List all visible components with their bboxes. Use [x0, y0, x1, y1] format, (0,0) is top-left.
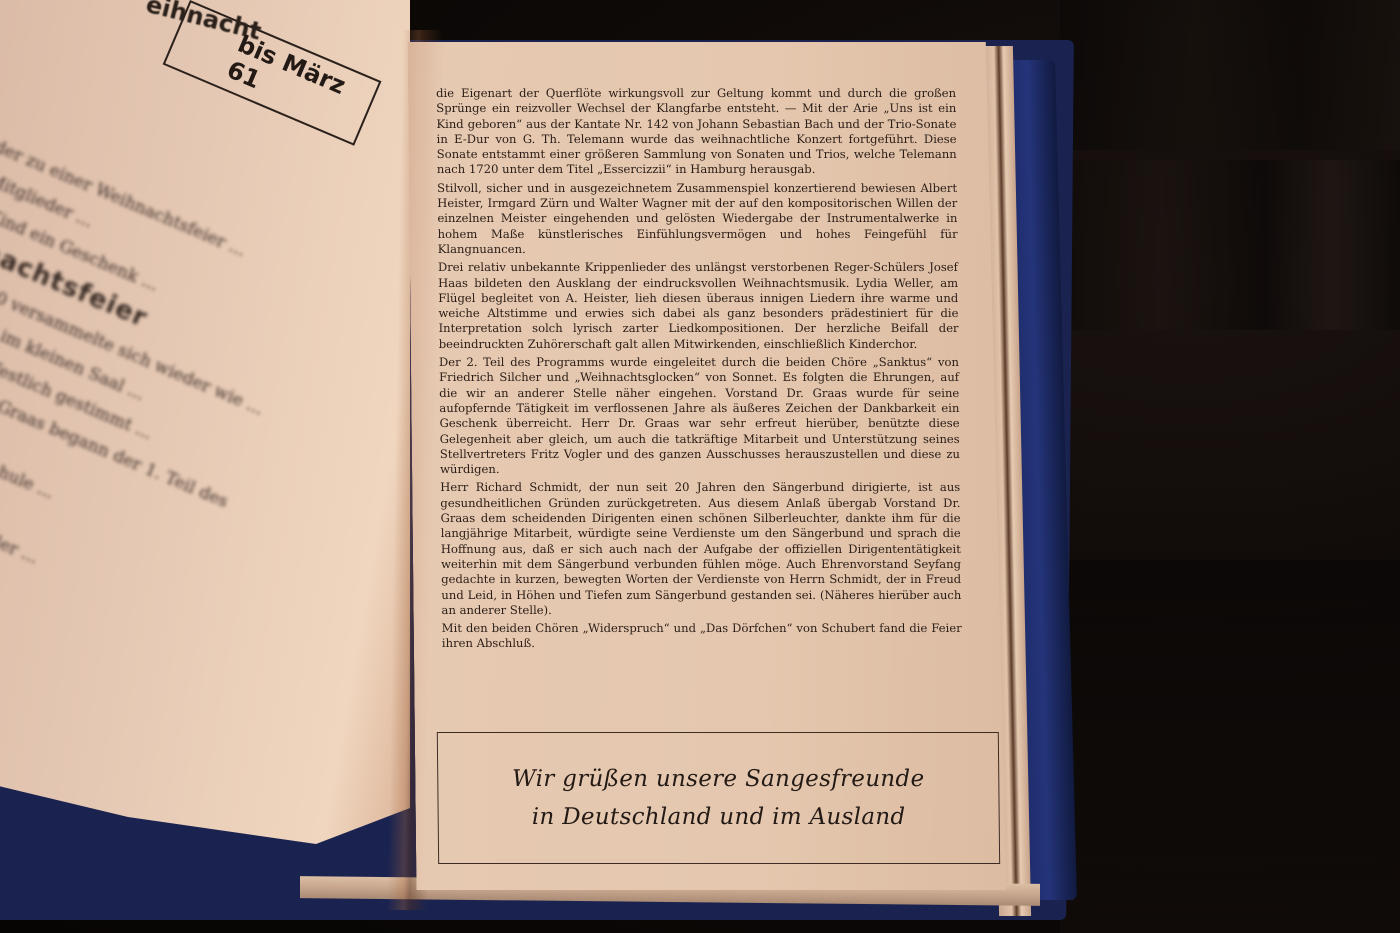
background-bookshelf-bottom: [1060, 560, 1400, 933]
paragraph-closing: Mit den beiden Chören „Widerspruch“ und …: [442, 621, 962, 652]
left-page-header-box: bis März 61: [163, 0, 382, 146]
left-page-body: ... alle Kinder zu einer Weihnachtsfeier…: [0, 100, 325, 759]
paragraph-concert-continued: die Eigenart der Querflöte wirkungsvoll …: [436, 86, 957, 178]
left-page: eihnacht bis März 61 ... alle Kinder zu …: [0, 0, 410, 880]
greeting-line-2: in Deutschland und im Ausland: [532, 798, 906, 836]
paragraph-performers: Stilvoll, sicher und in ausgezeichnetem …: [437, 181, 958, 257]
background-bookshelf-top: [1060, 0, 1400, 150]
greeting-box: Wir grüßen unsere Sangesfreunde in Deuts…: [437, 732, 1000, 864]
right-page: die Eigenart der Querflöte wirkungsvoll …: [408, 42, 1007, 890]
right-page-body: die Eigenart der Querflöte wirkungsvoll …: [436, 86, 962, 655]
paragraph-krippenlieder: Drei relativ unbekannte Krippenlieder de…: [438, 260, 959, 352]
paragraph-richard-schmidt: Herr Richard Schmidt, der nun seit 20 Ja…: [440, 480, 961, 618]
background-bookshelf-middle: [1060, 160, 1400, 330]
greeting-line-1: Wir grüßen unsere Sangesfreunde: [512, 760, 925, 798]
paragraph-second-part: Der 2. Teil des Programms wurde eingelei…: [439, 355, 960, 477]
